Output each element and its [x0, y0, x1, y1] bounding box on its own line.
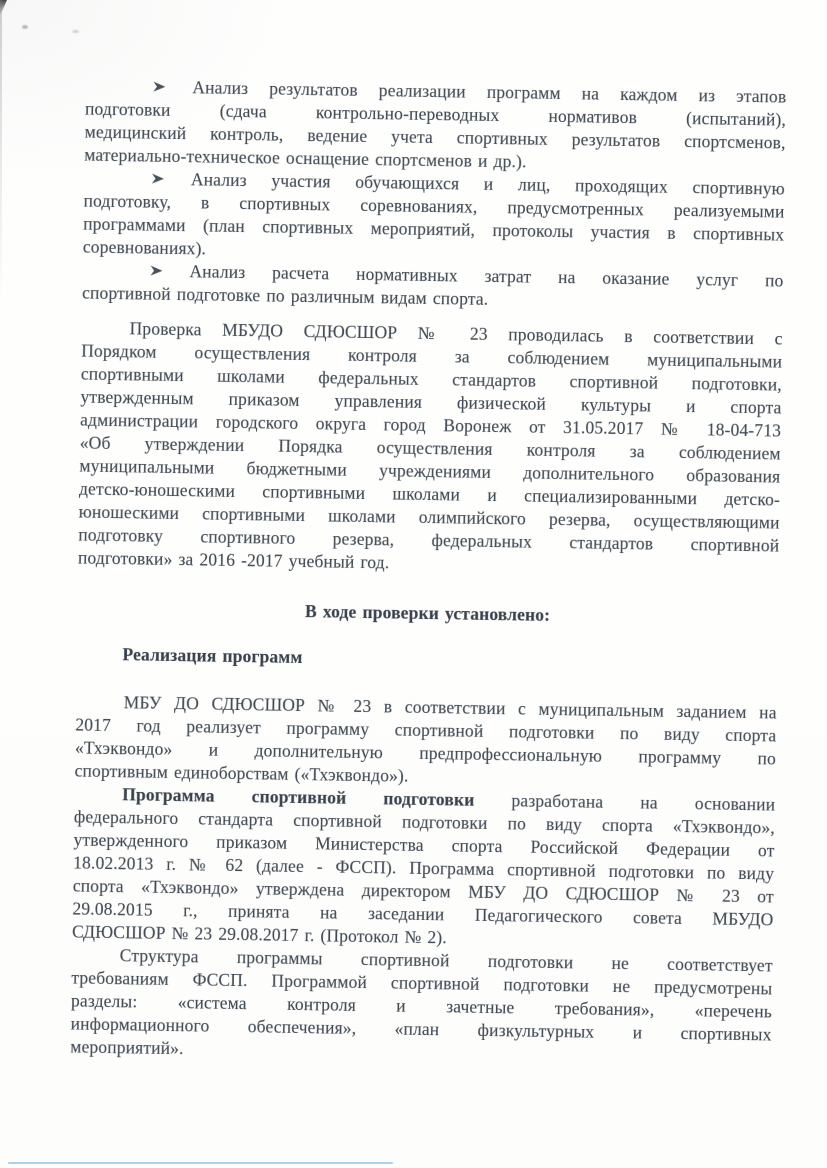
- scan-bottom-blue-line: [8, 1162, 393, 1164]
- section-heading: В ходе проверки установлено:: [77, 596, 778, 630]
- scan-edge-shadow: [0, 0, 2, 300]
- scan-speck: [22, 25, 28, 29]
- paragraph: МБУ ДО СДЮСШОР № 23 в соответствии с мун…: [74, 690, 776, 793]
- document-text: Анализ результатов реализации программ н…: [70, 75, 786, 1070]
- subsection-heading: Реализация программ: [76, 642, 777, 676]
- paragraph: Программа спортивной подготовки разработ…: [72, 782, 775, 954]
- paragraph: Структура программы спортивной подготовк…: [70, 943, 773, 1069]
- bullet-list-item: Анализ расчета нормативных затрат на ока…: [82, 259, 784, 316]
- text-run: подготовки» за 2016 -2017 учебный год.: [78, 547, 390, 572]
- scan-speck: [72, 30, 79, 33]
- text-run: разработана на основании: [474, 790, 775, 815]
- text-run: материально-техническое оснащение спортс…: [84, 145, 527, 172]
- arrow-bullet-icon: [150, 266, 162, 276]
- scanned-document-screenshot: { "page": { "background_color": "#fefefd…: [0, 0, 827, 1168]
- bullet-list-item: Анализ результатов реализации программ н…: [84, 75, 786, 178]
- arrow-bullet-icon: [153, 82, 165, 92]
- scanned-page: Анализ результатов реализации программ н…: [0, 0, 827, 1168]
- text-run: спортивной подготовке по различным видам…: [82, 283, 488, 309]
- bullet-list-item: Анализ участия обучающихся и лиц, проход…: [83, 167, 785, 270]
- arrow-bullet-icon: [152, 174, 164, 184]
- text-run: соревнованиях).: [83, 237, 207, 259]
- text-run: спортивным единоборствам («Тхэквондо»).: [74, 760, 408, 785]
- paragraph: Проверка МБУДО СДЮСШОР № 23 проводилась …: [78, 317, 783, 581]
- text-run: мероприятий».: [70, 1036, 184, 1058]
- bold-text-run: Программа спортивной подготовки: [122, 784, 474, 810]
